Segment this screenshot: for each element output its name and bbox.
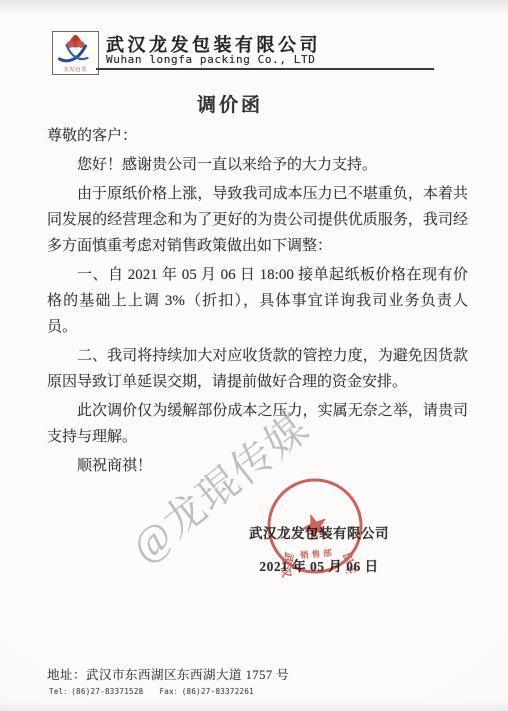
footer-telfax: Tel：(86)27-83371528Fax：(86)27-83372261 xyxy=(49,686,254,697)
signature-block: 武汉龙发包装有限公司 2021 年 05 月 06 日 xyxy=(244,524,394,575)
paragraph-item-2: 二、我司将持续加大对应收货款的管控力度，为避免因货款原因导致订单延误交期，请提前… xyxy=(47,343,468,395)
footer-fax: Fax：(86)27-83372261 xyxy=(159,687,253,696)
paragraph-item-1: 一、自 2021 年 05 月 06 日 18:00 接单起纸板价格在现有价格的… xyxy=(47,262,468,340)
letter-body: 尊敬的客户： 您好！感谢贵公司一直以来给予的大力支持。 由于原纸价格上涨，导致我… xyxy=(47,123,468,482)
paragraph-greeting: 您好！感谢贵公司一直以来给予的大力支持。 xyxy=(47,152,468,178)
footer-address: 地址：武汉市东西湖区东西湖大道 1757 号 xyxy=(47,665,289,683)
salutation: 尊敬的客户： xyxy=(47,123,468,149)
footer-tel: Tel：(86)27-83371528 xyxy=(49,687,143,696)
paragraph-closing: 此次调价仅为缓解部份成本之压力，实属无奈之举，请贵司支持与理解。 xyxy=(47,398,468,450)
header-divider xyxy=(96,68,434,70)
logo-mark-icon xyxy=(53,32,98,66)
logo-caption: 龙发包装 xyxy=(53,68,98,73)
signature-date: 2021 年 05 月 06 日 xyxy=(244,555,394,575)
paragraph-reason: 由于原纸价格上涨，导致我司成本压力已不堪重负，本着共同发展的经营理念和为了更好的… xyxy=(47,181,468,259)
signature-company: 武汉龙发包装有限公司 xyxy=(244,524,394,543)
letter-title: 调价函 xyxy=(0,90,460,117)
paragraph-regards: 顺祝商祺！ xyxy=(47,453,468,479)
company-logo: 龙发包装 xyxy=(52,31,99,75)
letter-page: 龙发包装 武汉龙发包装有限公司 Wuhan longfa packing Co.… xyxy=(0,0,508,711)
company-name-en: Wuhan longfa packing Co., LTD xyxy=(106,53,315,66)
